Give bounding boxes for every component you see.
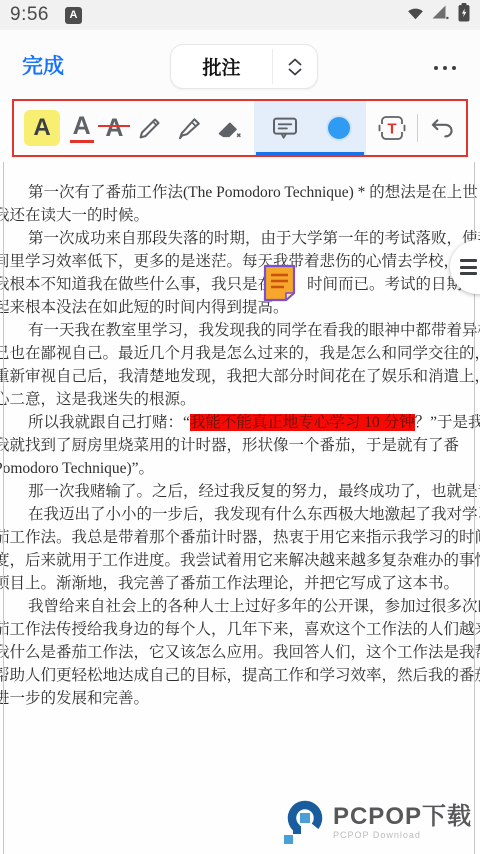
doc-line: 在我迈出了小小的一步后，我发现有什么东西极大地激起了我对学习 — [0, 503, 480, 526]
sticky-note-annotation[interactable] — [263, 264, 296, 302]
mode-stepper[interactable] — [273, 45, 317, 88]
wifi-icon — [407, 5, 424, 25]
page-left-edge — [3, 162, 4, 854]
eraser-tool-button[interactable] — [214, 113, 244, 143]
doc-line: 有一天我在教室里学习，我发现我的同学在看我的眼神中都带着异样 — [0, 319, 480, 342]
selected-tool-group — [254, 101, 366, 155]
done-button[interactable]: 完成 — [22, 50, 64, 80]
highlighter-icon — [175, 113, 205, 143]
notification-app-icon: A — [65, 7, 82, 24]
annotation-mode-selector[interactable]: 批注 — [170, 44, 318, 89]
status-bar: 9:56 A — [0, 0, 480, 30]
doc-line: 茄工作法传授给我身边的每个人，几年下来，喜欢这个工作法的人们越来 — [0, 618, 480, 641]
doc-line: 茄工作法。我总是带着那个番茄计时器，热衷于用它来指示我学习的时间 — [0, 526, 480, 549]
chevron-up-icon — [288, 58, 302, 66]
chevron-down-icon — [288, 68, 302, 76]
header-bar: 完成 批注 — [0, 30, 480, 97]
mode-label: 批注 — [171, 45, 272, 88]
toolbar-divider — [417, 114, 418, 142]
highlighter-pen-tool-button[interactable] — [175, 113, 205, 143]
comment-note-tool-button[interactable] — [270, 113, 300, 143]
sticky-note-icon — [263, 264, 296, 302]
doc-line: Pomodoro Technique)”。 — [0, 457, 480, 480]
pencil-tool-button[interactable] — [135, 113, 165, 143]
pcpop-watermark: PCPOP下载 PCPOP Download — [279, 798, 472, 846]
doc-line: 心二意，这是我迷失的根源。 — [0, 388, 480, 411]
doc-line: 起来根本没法在如此短的时间内得到提高。 — [0, 296, 480, 319]
doc-line: 第一次成功来自那段失落的时期，由于大学第一年的考试落败，使我 — [0, 227, 480, 250]
pcpop-logo-icon — [279, 798, 327, 846]
app-screen: 9:56 A 完成 批注 A A A — [0, 0, 480, 854]
comment-bubble-icon — [270, 113, 300, 143]
battery-charging-icon — [458, 3, 470, 27]
strikethrough-tool-button[interactable]: A — [103, 116, 125, 141]
undo-arrow-icon — [428, 114, 456, 142]
doc-line: 度，后来就用于工作进度。我尝试着用它来解决越来越多复杂难办的事情 — [0, 549, 480, 572]
doc-line: 那一次我赌输了。之后，经过我反复的努力，最终成功了，也就是专 — [0, 480, 480, 503]
watermark-title: PCPOP下载 — [333, 804, 472, 829]
pencil-icon — [135, 113, 165, 143]
pdf-page-content[interactable]: 第一次有了番茄工作法(The Pomodoro Technique) * 的想法… — [0, 160, 480, 854]
doc-line-with-note: 我根本不知道我在做些什么事，我只是在时间而已。考试的日期临近 — [0, 273, 480, 296]
overflow-menu-button[interactable] — [434, 66, 456, 70]
doc-line: 第一次有了番茄工作法(The Pomodoro Technique) * 的想法… — [0, 181, 480, 204]
doc-line-with-highlight: 所以我就跟自己打赌：“我能不能真正地专心学习 10 分钟？”于是我 — [0, 411, 480, 434]
text-highlight-tool-button[interactable]: A — [24, 110, 60, 146]
doc-line: 重新审视自己后，我清楚地发现，我把大部分时间花在了娱乐和消遣上， — [0, 365, 480, 388]
annotation-toolbar: A A A T — [12, 99, 468, 157]
doc-line: 帮助人们更轻松地达成自己的目标，提高工作和学习效率，然后我的番茄 — [0, 664, 480, 687]
doc-line: 项目上。渐渐地，我完善了番茄工作法理论，并把它写成了这本书。 — [0, 572, 480, 595]
watermark-subtitle: PCPOP Download — [333, 830, 472, 840]
hamburger-icon — [460, 259, 477, 262]
underline-tool-button[interactable]: A — [70, 114, 94, 143]
doc-line: 我还在读大一的时候。 — [0, 204, 480, 227]
red-highlight-annotation[interactable]: 我能不能真正地专心学习 10 分钟 — [190, 414, 415, 431]
doc-line: 进一步的发展和完善。 — [0, 687, 480, 710]
doc-line: 我什么是番茄工作法，它又该怎么应用。我回答人们，这个工作法是我帮 — [0, 641, 480, 664]
doc-line: 间里学习效率低下，更多的是迷茫。每天我带着悲伤的心情去学校， — [0, 250, 480, 273]
doc-line: 我就找到了厨房里烧菜用的计时器，形状像一个番茄，于是就有了番 — [0, 434, 480, 457]
textbox-t-glyph: T — [387, 121, 396, 138]
clock-text: 9:56 — [10, 4, 49, 26]
eraser-icon — [214, 113, 244, 143]
doc-line: 我曾给来自社会上的各种人士上过好多年的公开课，参加过很多次的 — [0, 595, 480, 618]
doc-line: 己也在鄙视自己。最近几个月我是怎么过来的，我是怎么和同学交往的， — [0, 342, 480, 365]
color-swatch-button[interactable] — [328, 117, 350, 139]
textbox-tool-button[interactable]: T — [376, 112, 408, 144]
cellular-signal-no-service-icon — [431, 4, 451, 26]
undo-button[interactable] — [428, 114, 456, 142]
